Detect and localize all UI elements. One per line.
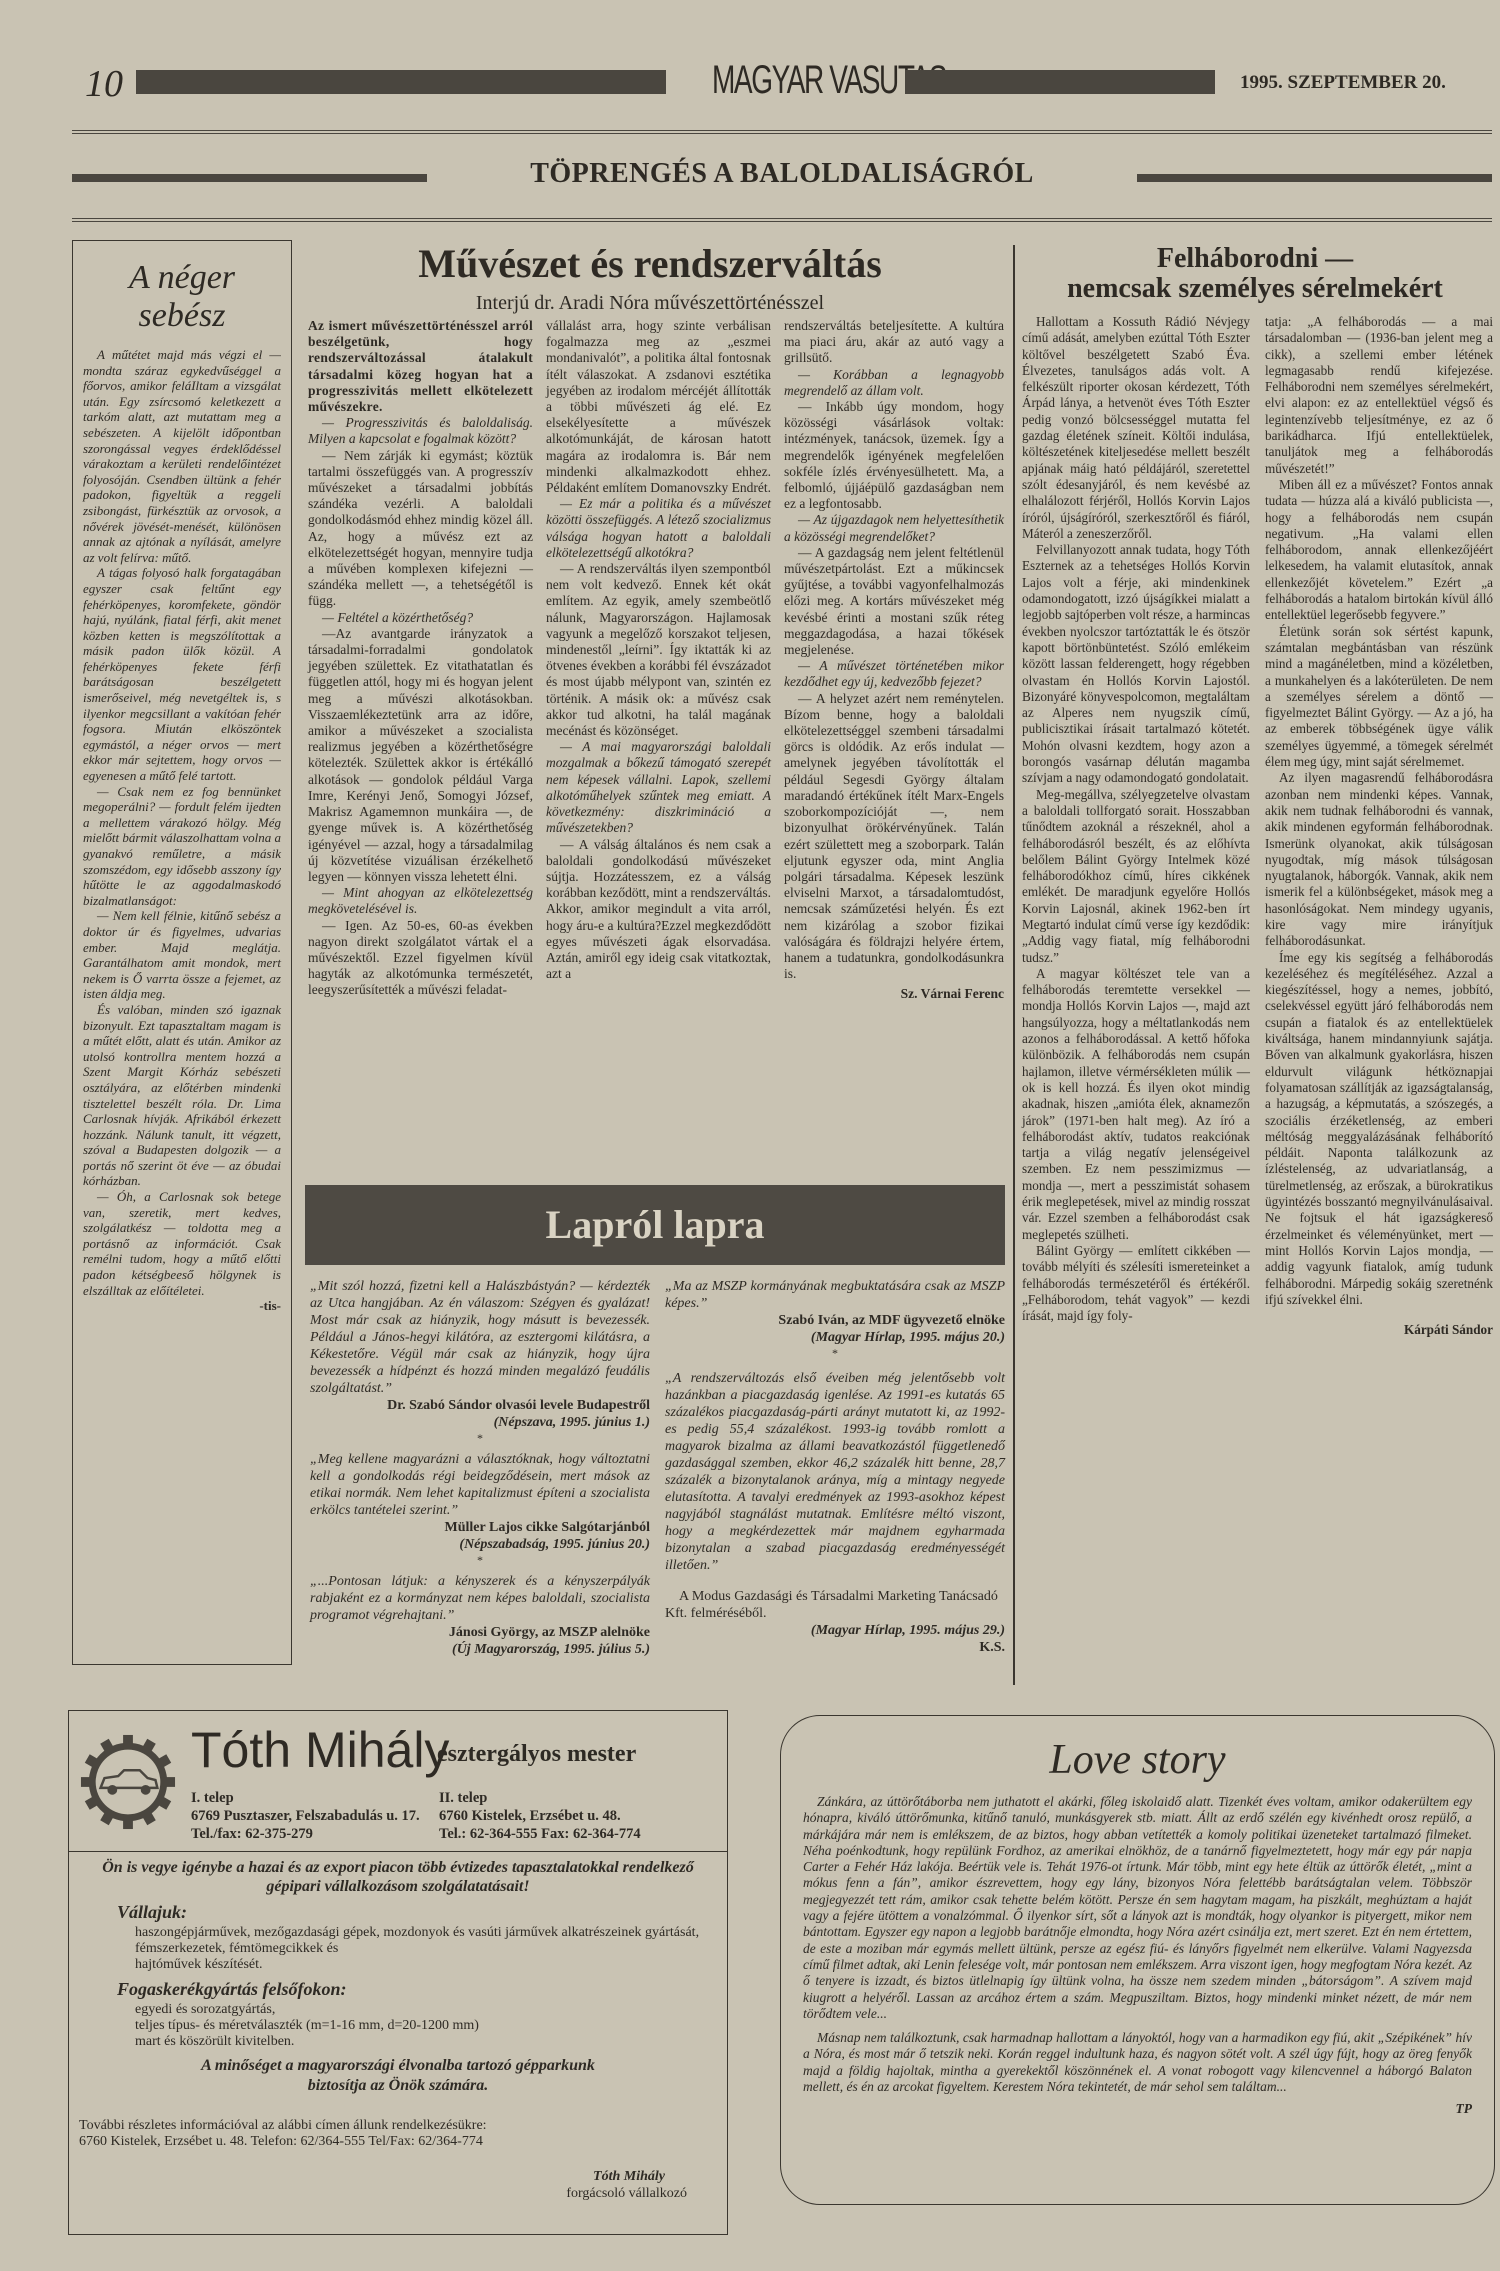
section-rule-right (1137, 174, 1492, 182)
paragraph: A tágas folyosó halk forgatagában egysze… (83, 565, 281, 783)
article-title-muveszet: Művészet és rendszerváltás (300, 240, 1000, 287)
separator-star: * (310, 1431, 650, 1445)
site-address: 6769 Pusztaszer, Felszabadulás u. 17. (191, 1807, 420, 1825)
gear-car-logo-icon (79, 1733, 177, 1831)
paragraph: Íme egy kis segítség a felháborodás keze… (1265, 950, 1493, 1309)
ad-header: Tóth Mihály esztergályos mester I. telep… (69, 1711, 727, 1852)
paragraph: A műtétet majd más végzi el — mondta szá… (83, 347, 281, 565)
ad-gears-title: Fogaskerékgyártás felsőfokon: (117, 1979, 717, 2000)
quote-author: A Modus Gazdasági és Társadalmi Marketin… (665, 1588, 1005, 1622)
paragraph: — Óh, a Carlosnak sok betege van, szeret… (83, 1189, 281, 1298)
paragraph: Másnap nem találkoztunk, csak harmadnap … (803, 2030, 1472, 2095)
article-title-line2: sebész (139, 297, 226, 334)
answer: — Igen. Az 50-es, 60-as években nagyon d… (308, 918, 533, 999)
paragraph: Bálint György — említett cikkében — tová… (1022, 1243, 1250, 1324)
article-body: A műtétet majd más végzi el — mondta szá… (83, 347, 281, 1314)
article-signature: -tis- (83, 1298, 281, 1314)
paragraph: Hallottam a Kossuth Rádió Névjegy című a… (1022, 314, 1250, 542)
question: — A művészet történetében mikor kezdődhe… (784, 658, 1004, 690)
quote-text: „Ma az MSZP kormányának megbuktatására c… (665, 1278, 1005, 1312)
quote-source: (Népszabadság, 1995. június 20.) (310, 1536, 650, 1553)
quote-source: (Magyar Hírlap, 1995. május 20.) (665, 1329, 1005, 1346)
site-label: II. telep (439, 1789, 641, 1807)
paragraph: Zánkára, az úttörőtáborba nem juthatott … (803, 1794, 1472, 2022)
ad-services-list: haszongépjárművek, mezőgazdasági gépek, … (135, 1925, 717, 1973)
quote-text: „A rendszerváltozás első éveiben még jel… (665, 1370, 1005, 1574)
article-neger-sebesz: A négersebész A műtétet majd más végzi e… (72, 240, 292, 1665)
ad-body: Ön is vegye igénybe a hazai és az export… (69, 1852, 727, 2202)
answer: vállalást arra, hogy szinte verbálisan f… (546, 318, 771, 496)
ad-contact: További részletes információval az alább… (79, 2118, 717, 2150)
quote-source: (Magyar Hírlap, 1995. május 29.) (665, 1622, 1005, 1639)
section-signature: K.S. (665, 1639, 1005, 1656)
question: — Mint ahogyan az elkötelezettség megköv… (308, 885, 533, 917)
ad-intro: Ön is vegye igénybe a hazai és az export… (79, 1858, 717, 1896)
ad-site-1: I. telep 6769 Pusztaszer, Felszabadulás … (191, 1789, 420, 1843)
article-title-felhaborodni: Felháborodni — nemcsak személyes sérelme… (1010, 244, 1500, 304)
separator-star: * (310, 1553, 650, 1567)
quote-text: „...Pontosan látjuk: a kényszerek és a k… (310, 1573, 650, 1624)
muveszet-column-3: rendszerváltás beteljesítette. A kultúra… (784, 318, 1004, 1003)
ad-company-name: Tóth Mihály (191, 1721, 449, 1779)
answer: —Az avantgarde irányzatok a társadalmi-f… (308, 626, 533, 885)
answer: — Inkább úgy mondom, hogy közösségi vásá… (784, 399, 1004, 512)
question: — A mai magyarországi baloldali mozgalma… (546, 739, 771, 836)
question: — Progresszivitás és baloldaliság. Milye… (308, 415, 533, 447)
page-number: 10 (85, 62, 123, 106)
muveszet-column-1: Az ismert művészettörténésszel arról bes… (308, 318, 533, 999)
site-address: 6760 Kistelek, Erzsébet u. 48. (439, 1807, 641, 1825)
separator-star: * (665, 1346, 1005, 1360)
ad-profession: esztergályos mester (437, 1741, 636, 1768)
answer: — A gazdagság nem jelent feltétlenül műv… (784, 545, 1004, 658)
site-phone: Tel.: 62-364-555 Fax: 62-364-774 (439, 1825, 641, 1843)
article-signature: Sz. Várnai Ferenc (784, 986, 1004, 1002)
site-phone: Tel./fax: 62-375-279 (191, 1825, 420, 1843)
quote-source: (Népszava, 1995. június 1.) (310, 1414, 650, 1431)
question: — Ez már a politika és a művészet között… (546, 496, 771, 561)
advertisement-toth-mihaly: Tóth Mihály esztergályos mester I. telep… (68, 1710, 728, 2235)
article-subtitle-muveszet: Interjú dr. Aradi Nóra művészettörténéss… (300, 292, 1000, 315)
list-item: fémszerkezetek, fémtömegcikkek és (135, 1941, 717, 1957)
paragraph: — Nem kell félnie, kitűnő sebész a dokto… (83, 908, 281, 1002)
article-lead: Az ismert művészettörténésszel arról bes… (308, 318, 533, 415)
quote-text: „Mit szól hozzá, fizetni kell a Halászbá… (310, 1278, 650, 1397)
signature-name: Tóth Mihály (79, 2168, 687, 2185)
paragraph: Felvillanyozott annak tudata, hogy Tóth … (1022, 542, 1250, 786)
paragraph: Az ilyen magasrendű felháborodásra azonb… (1265, 770, 1493, 949)
paragraph: tatja: „A felháborodás — a mai társadalo… (1265, 314, 1493, 477)
masthead-bar-right (905, 70, 1215, 94)
answer: — A helyzet azért nem reménytelen. Bízom… (784, 691, 1004, 983)
ad-site-2: II. telep 6760 Kistelek, Erzsébet u. 48.… (439, 1789, 641, 1843)
title-line2: nemcsak személyes sérelmekért (1067, 273, 1443, 304)
ad-slogan: A minőséget a magyarországi élvonalba ta… (189, 2056, 607, 2096)
ad-signature: Tóth Mihály forgácsoló vállalkozó (79, 2168, 717, 2202)
answer: rendszerváltás beteljesítette. A kultúra… (784, 318, 1004, 367)
ad-services-title: Vállajuk: (117, 1902, 717, 1923)
quote-author: Müller Lajos cikke Salgótarjánból (310, 1519, 650, 1536)
contact-line: 6760 Kistelek, Erzsébet u. 48. Telefon: … (79, 2134, 717, 2150)
quote-text: „Meg kellene magyarázni a választóknak, … (310, 1451, 650, 1519)
signature-title: forgácsoló vállalkozó (79, 2185, 687, 2202)
list-item: mart és köszörült kivitelben. (135, 2034, 717, 2050)
list-item: egyedi és sorozatgyártás, (135, 2002, 717, 2018)
article-signature: TP (803, 2101, 1472, 2117)
felhaborodni-column-2: tatja: „A felháborodás — a mai társadalo… (1265, 314, 1493, 1338)
section-banner: TÖPRENGÉS A BALOLDALISÁGRÓL (72, 130, 1492, 222)
list-item: haszongépjárművek, mezőgazdasági gépek, … (135, 1925, 717, 1941)
list-item: teljes típus- és méretválaszték (m=1-16 … (135, 2018, 717, 2034)
contact-line: További részletes információval az alább… (79, 2118, 717, 2134)
issue-date: 1995. SZEPTEMBER 20. (1240, 72, 1446, 94)
paragraph: A magyar költészet tele van a felháborod… (1022, 966, 1250, 1243)
article-love-story: Love story Zánkára, az úttörőtáborba nem… (780, 1715, 1495, 2205)
question: — Az újgazdagok nem helyettesíthetik a k… (784, 512, 1004, 544)
article-body: Zánkára, az úttörőtáborba nem juthatott … (803, 1794, 1472, 2118)
article-title-love-story: Love story (803, 1736, 1472, 1784)
ad-gears-list: egyedi és sorozatgyártás, teljes típus- … (135, 2002, 717, 2050)
quote-author: Szabó Iván, az MDF ügyvezető elnöke (665, 1312, 1005, 1329)
column-divider (1013, 245, 1015, 1685)
lapro-column-left: „Mit szól hozzá, fizetni kell a Halászbá… (310, 1278, 650, 1658)
paragraph: — Csak nem ez fog bennünket megoperálni?… (83, 784, 281, 909)
paragraph: Meg-megállva, szélyegzetelve olvastam a … (1022, 787, 1250, 966)
paragraph: Életünk során sok sértést kapunk, számta… (1265, 624, 1493, 771)
article-title-line1: A néger (129, 259, 235, 296)
question: — Korábban a legnagyobb megrendelő az ál… (784, 367, 1004, 399)
muveszet-column-2: vállalást arra, hogy szinte verbálisan f… (546, 318, 771, 982)
answer: — A válság általános és nem csak a balol… (546, 837, 771, 983)
felhaborodni-column-1: Hallottam a Kossuth Rádió Névjegy című a… (1022, 314, 1250, 1324)
quote-author: Jánosi György, az MSZP alelnöke (310, 1624, 650, 1641)
question: — Feltétel a közérthetőség? (308, 610, 533, 626)
quote-author: Dr. Szabó Sándor olvasói levele Budapest… (310, 1397, 650, 1414)
lapro-lapra-banner: Lapról lapra (305, 1185, 1005, 1265)
answer: — A rendszerváltás ilyen szempontból nem… (546, 561, 771, 739)
paragraph: És valóban, minden szó igaznak bizonyult… (83, 1002, 281, 1189)
quote-source: (Új Magyarország, 1995. július 5.) (310, 1641, 650, 1658)
article-signature: Kárpáti Sándor (1265, 1322, 1493, 1338)
title-line1: Felháborodni — (1157, 243, 1353, 274)
lapro-column-right: „Ma az MSZP kormányának megbuktatására c… (665, 1278, 1005, 1656)
answer: — Nem zárják ki egymást; köztük tartalmi… (308, 448, 533, 610)
list-item: hajtóművek készítését. (135, 1957, 717, 1973)
masthead-bar-left (136, 70, 666, 94)
paragraph: Miben áll ez a művészet? Fontos annak tu… (1265, 477, 1493, 624)
site-label: I. telep (191, 1789, 420, 1807)
